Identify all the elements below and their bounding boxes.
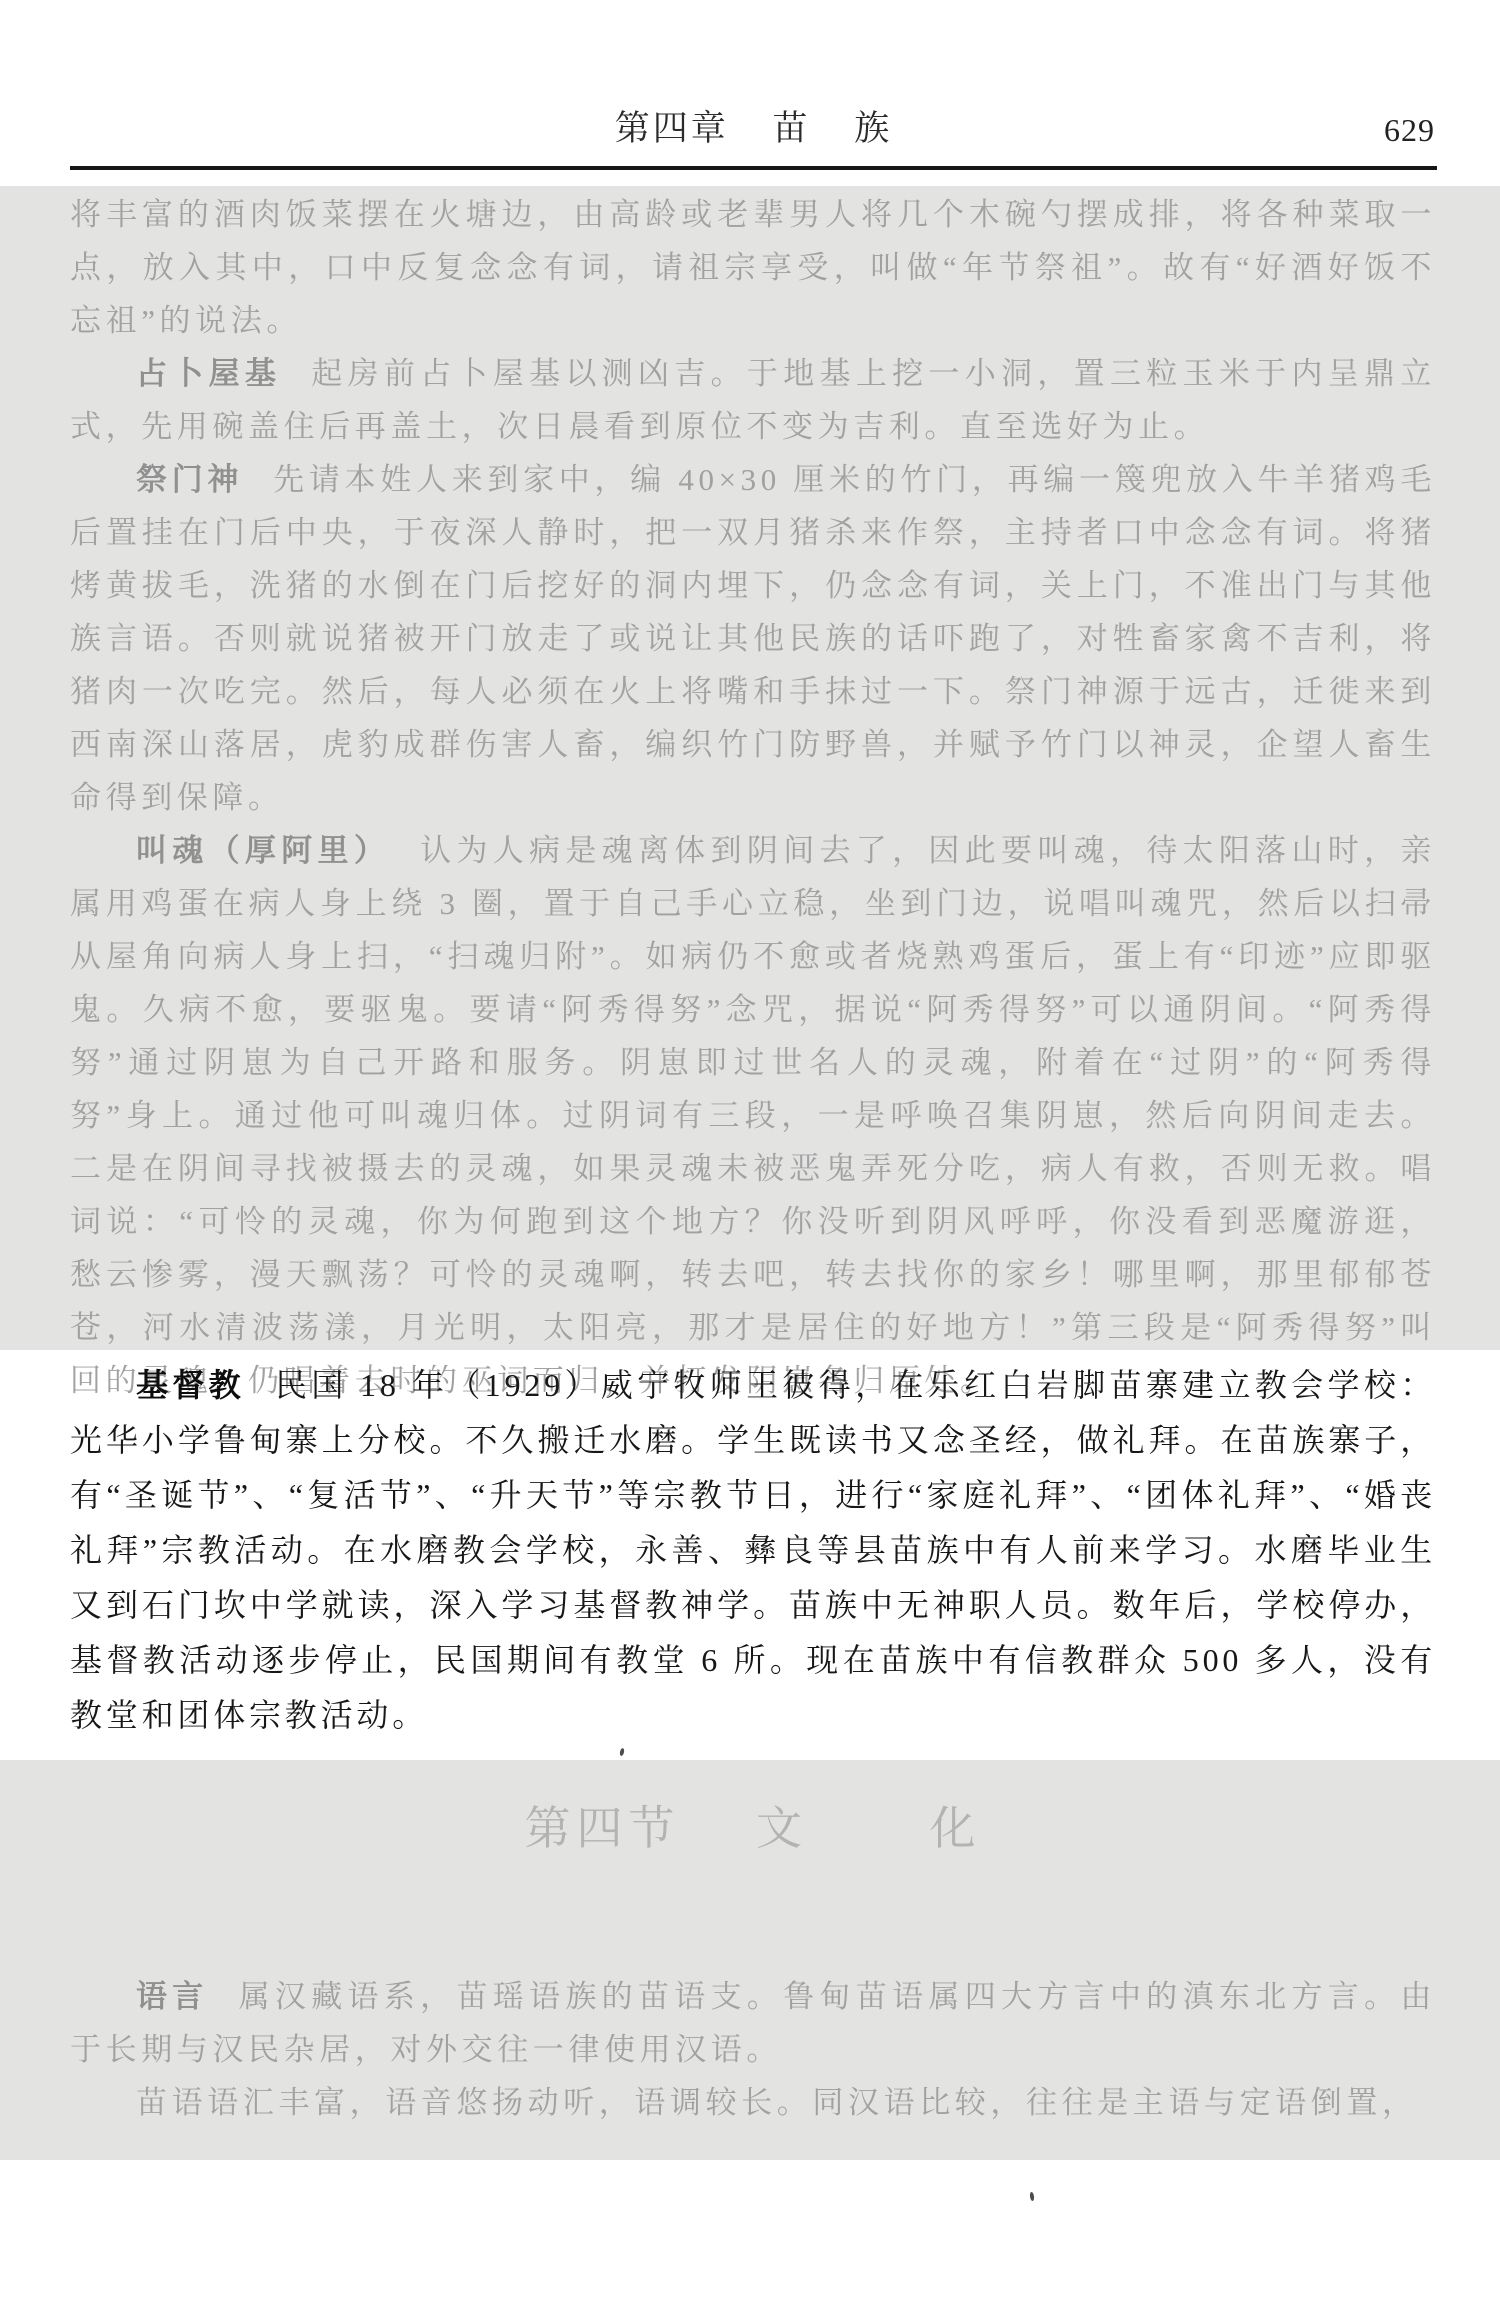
section-title-number: 第四节 [525,1804,681,1854]
paragraph-text: 将丰富的酒肉饭菜摆在火塘边，由高龄或老辈男人将几个木碗勺摆成排，将各种菜取一点，… [70,197,1436,338]
paragraph-miao-vocabulary: 苗语语汇丰富，语音悠扬动听，语调较长。同汉语比较，往往是主语与定语倒置， [70,2076,1436,2129]
chapter-title: 第四章 苗 族 [70,106,1437,152]
page-header: 第四章 苗 族 629 [70,106,1437,170]
book-page: 第四章 苗 族 629 将丰富的酒肉饭菜摆在火塘边，由高龄或老辈男人将几个木碗勺… [0,0,1500,2320]
paragraph-soul-calling: 叫魂（厚阿里）认为人病是魂离体到阴间去了，因此要叫魂，待太阳落山时，亲属用鸡蛋在… [70,824,1436,1407]
paragraph-text: 先请本姓人来到家中，编 40×30 厘米的竹门，再编一篾兜放入牛羊猪鸡毛后置挂在… [70,462,1436,815]
term-language: 语言 [136,1979,209,2014]
paragraph-christianity: 基督教民国 18 年（1929）威宁牧师王彼得，在乐红白岩脚苗寨建立教会学校：光… [70,1358,1436,1743]
term-house-site-divination: 占卜屋基 [136,356,281,391]
section-title: 第四节 文 化 [70,1760,1436,1854]
paragraph-text: 苗语语汇丰富，语音悠扬动听，语调较长。同汉语比较，往往是主语与定语倒置， [136,2085,1418,2120]
section-title-char-wen: 文 [756,1804,808,1854]
scan-speck [1029,2192,1034,2201]
term-door-god-sacrifice: 祭门神 [136,462,243,497]
chapter-title-char-zu: 族 [854,106,892,152]
scan-speck [619,1748,625,1757]
paragraph-text: 认为人病是魂离体到阴间去了，因此要叫魂，待太阳落山时，亲属用鸡蛋在病人身上绕 3… [70,833,1436,1398]
term-soul-calling: 叫魂（厚阿里） [136,833,390,868]
paragraph-ancestor-offering: 将丰富的酒肉饭菜摆在火塘边，由高龄或老辈男人将几个木碗勺摆成排，将各种菜取一点，… [70,188,1436,347]
paragraph-door-god-sacrifice: 祭门神先请本姓人来到家中，编 40×30 厘米的竹门，再编一篾兜放入牛羊猪鸡毛后… [70,453,1436,824]
paragraph-language: 语言属汉藏语系，苗瑶语族的苗语支。鲁甸苗语属四大方言中的滇东北方言。由于长期与汉… [70,1970,1436,2076]
scanned-text-block-1: 将丰富的酒肉饭菜摆在火塘边，由高龄或老辈男人将几个木碗勺摆成排，将各种菜取一点，… [0,186,1500,1350]
chapter-title-char-miao: 苗 [772,106,810,152]
paragraph-text: 民国 18 年（1929）威宁牧师王彼得，在乐红白岩脚苗寨建立教会学校：光华小学… [70,1367,1436,1733]
scanned-text-block-2: 第四节 文 化 语言属汉藏语系，苗瑶语族的苗语支。鲁甸苗语属四大方言中的滇东北方… [0,1760,1500,2160]
page-number: 629 [1384,112,1435,149]
paragraph-house-site-divination: 占卜屋基起房前占卜屋基以测凶吉。于地基上挖一小洞，置三粒玉米于内呈鼎立式，先用碗… [70,347,1436,453]
chapter-title-number: 第四章 [615,106,729,152]
term-christianity: 基督教 [136,1367,245,1403]
paragraph-text: 属汉藏语系，苗瑶语族的苗语支。鲁甸苗语属四大方言中的滇东北方言。由于长期与汉民杂… [70,1979,1436,2067]
printed-text-block: 基督教民国 18 年（1929）威宁牧师王彼得，在乐红白岩脚苗寨建立教会学校：光… [0,1350,1500,1750]
section-title-char-hua: 化 [930,1804,982,1854]
